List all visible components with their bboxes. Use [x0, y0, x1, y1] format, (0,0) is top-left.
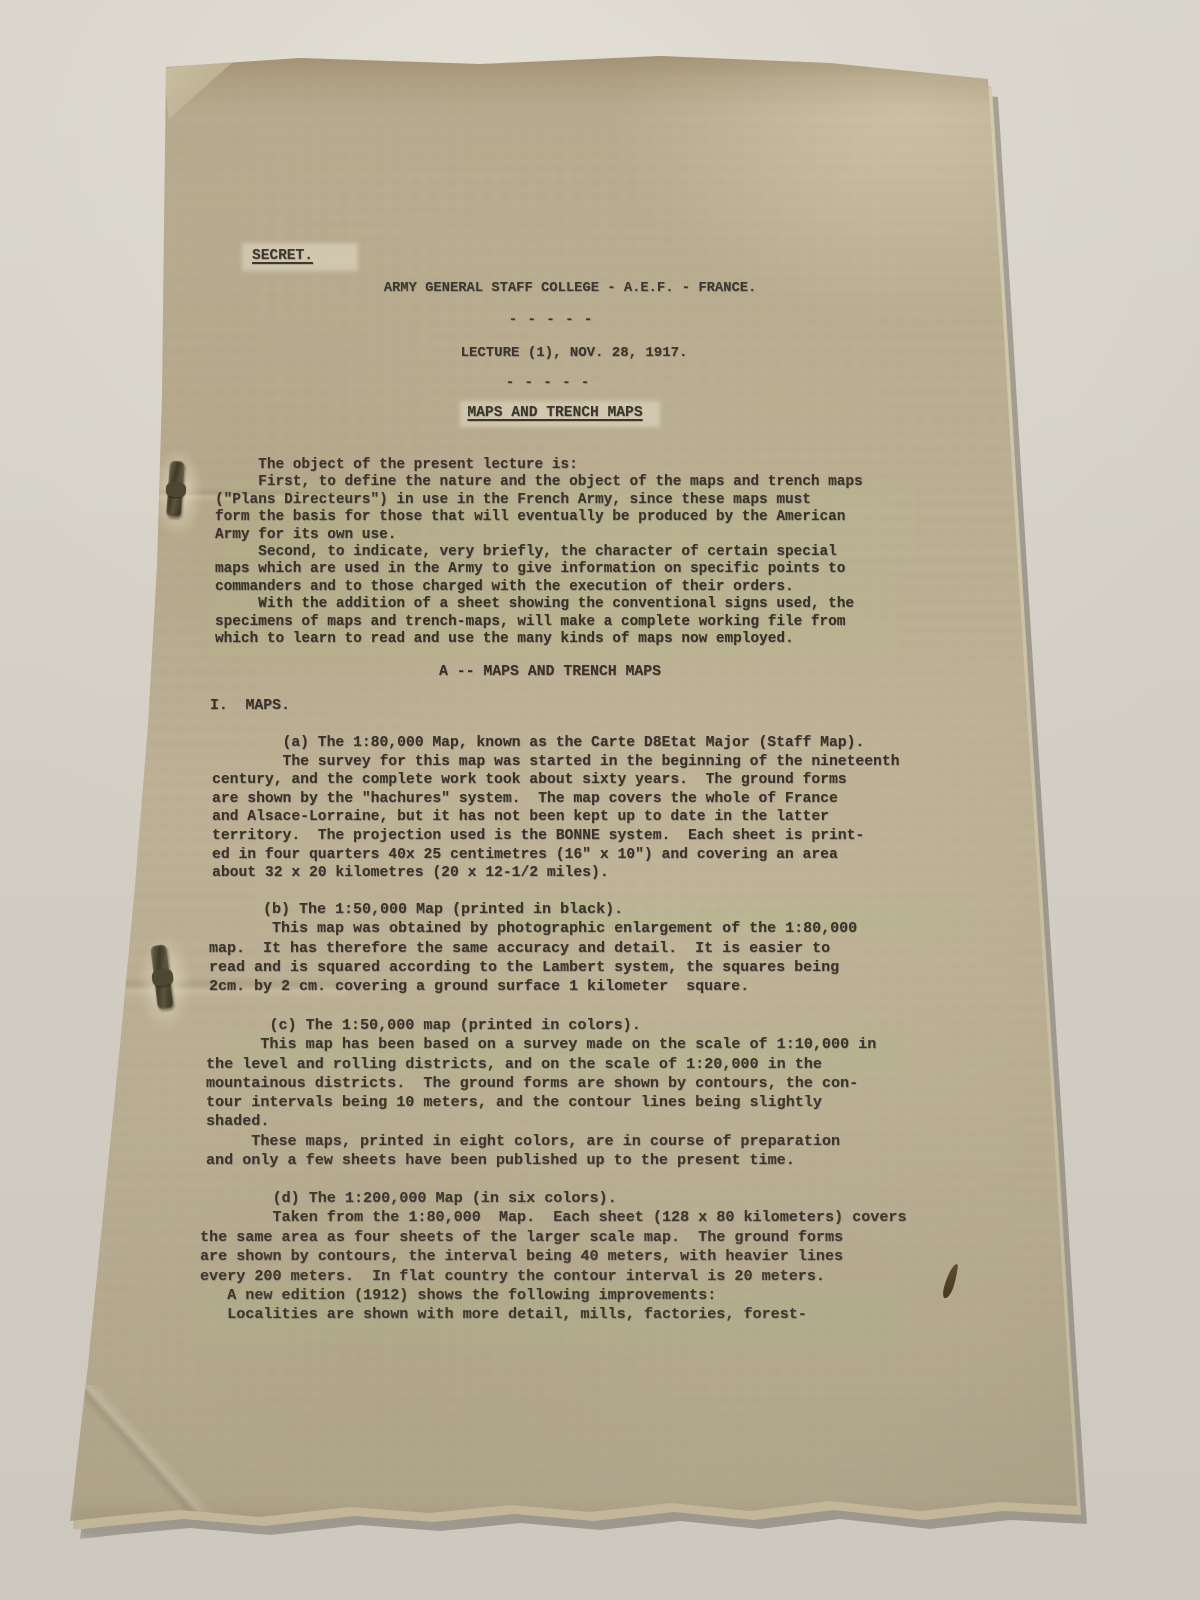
scan-highlight	[460, 401, 660, 427]
scan-tint-band	[500, 898, 965, 936]
staple-crease	[120, 453, 340, 533]
separator-dashes: - - - - -	[509, 312, 594, 328]
staple	[166, 461, 185, 518]
scan-highlight	[242, 243, 358, 271]
paragraph-a: (a) The 1:80,000 Map, known as the Carte…	[212, 734, 900, 883]
scan-tint-band	[195, 1283, 895, 1345]
paragraph-c: (c) The 1:50,000 map (printed in colors)…	[206, 1016, 876, 1170]
lecture-date-line: LECTURE (1), NOV. 28, 1917.	[461, 345, 688, 361]
subsection-heading: I. MAPS.	[210, 698, 290, 714]
scan-tint-band	[210, 563, 900, 659]
staple	[150, 944, 174, 1009]
staple-crease	[108, 935, 348, 1035]
paragraph-d: (d) The 1:200,000 Map (in six colors). T…	[200, 1189, 907, 1325]
paper-blemish	[941, 1262, 960, 1299]
staple-dent	[138, 933, 192, 1033]
intro-paragraphs: The object of the present lecture is: Fi…	[215, 457, 863, 648]
paper-texture	[60, 55, 1090, 1530]
document-title: MAPS AND TRENCH MAPS	[467, 405, 642, 421]
paragraph-b: (b) The 1:50,000 Map (printed in black).…	[209, 900, 857, 996]
corner-fold	[160, 61, 234, 119]
section-a-heading: A -- MAPS AND TRENCH MAPS	[439, 664, 661, 680]
classification-label: SECRET.	[252, 248, 313, 264]
document-page: SECRET. ARMY GENERAL STAFF COLLEGE - A.E…	[60, 55, 1090, 1530]
photo-scene: SECRET. ARMY GENERAL STAFF COLLEGE - A.E…	[0, 0, 1200, 1600]
corner-crease	[66, 1385, 216, 1525]
scan-tint-band	[230, 1030, 910, 1076]
college-line: ARMY GENERAL STAFF COLLEGE - A.E.F. - FR…	[384, 281, 757, 296]
scan-tint-band	[225, 480, 915, 560]
staple-dent	[152, 447, 204, 539]
separator-dashes: - - - - -	[506, 375, 591, 391]
